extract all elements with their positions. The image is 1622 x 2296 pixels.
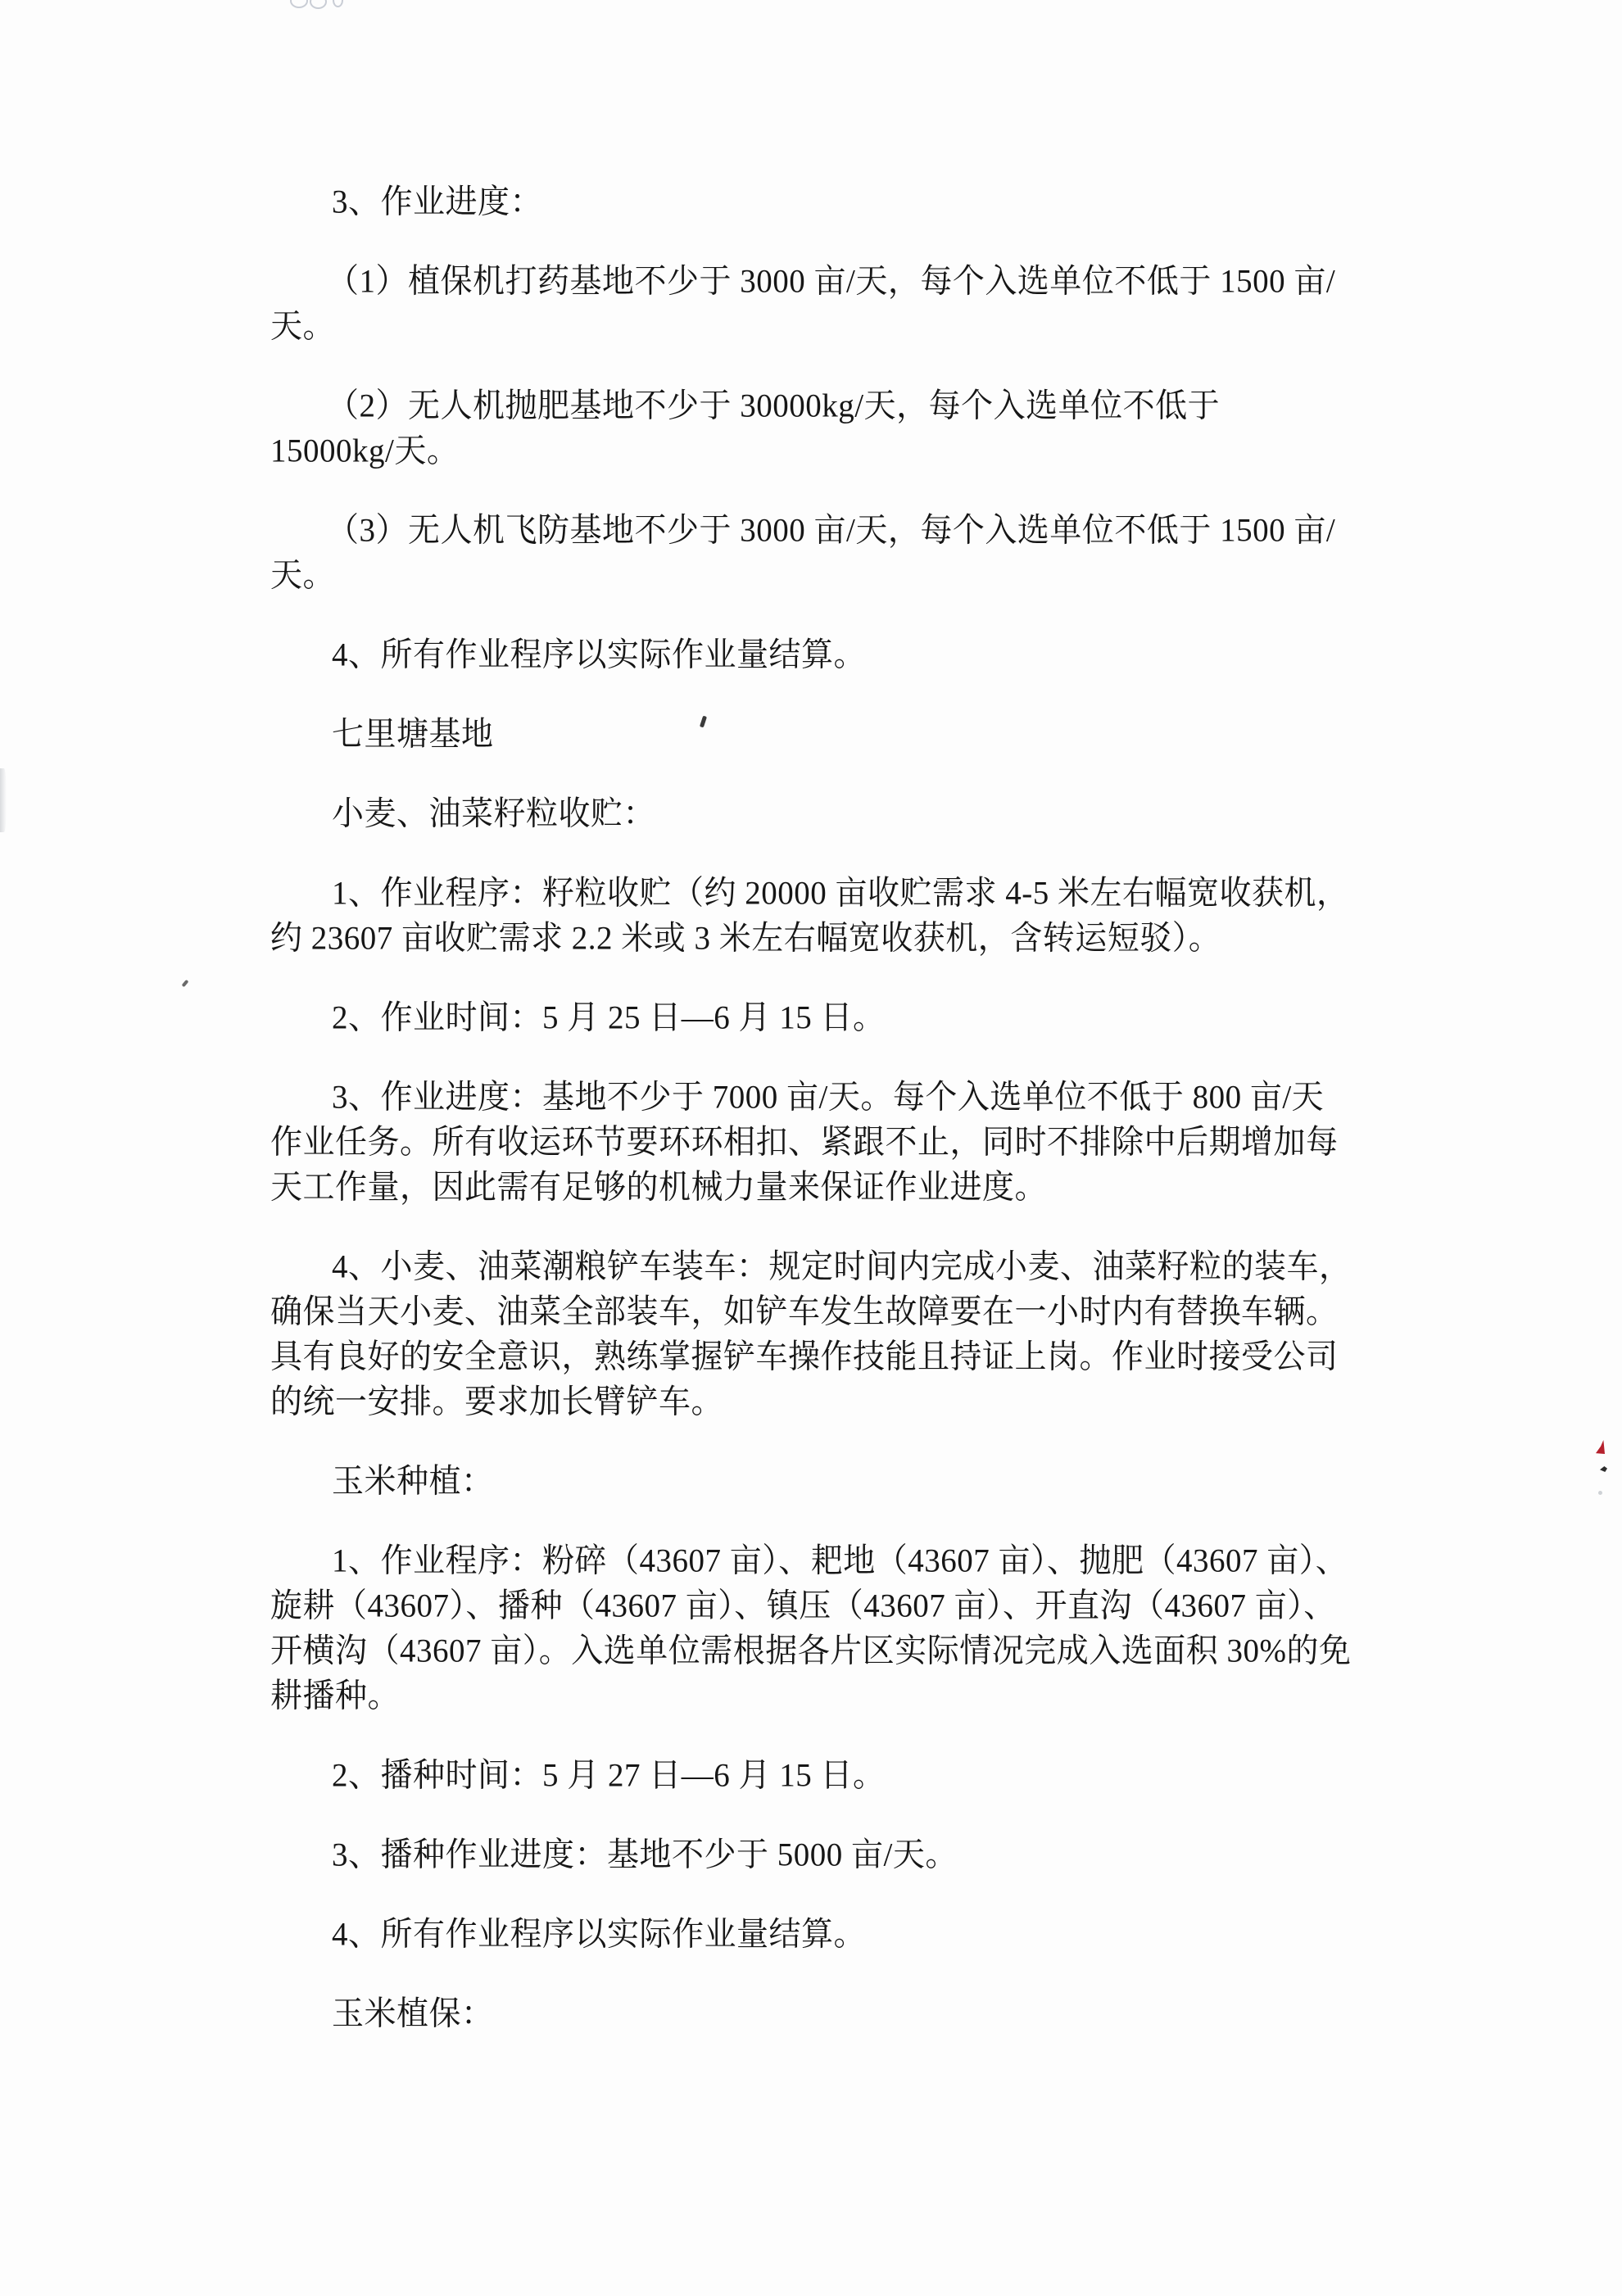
document-page: 3、作业进度：（1）植保机打药基地不少于 3000 亩/天，每个入选单位不低于 … (0, 0, 1622, 2296)
text-line: 4、所有作业程序以实际作业量结算。 (332, 636, 866, 675)
text-line: 天工作量，因此需有足够的机械力量来保证作业进度。 (270, 1169, 1047, 1207)
text-line: 3、作业进度： (332, 183, 542, 222)
text-line: （1）植保机打药基地不少于 3000 亩/天，每个入选单位不低于 1500 亩/ (327, 263, 1335, 301)
text-line: 确保当天小麦、油菜全部装车，如铲车发生故障要在一小时内有替换车辆。 (270, 1293, 1339, 1332)
text-line: 天。 (270, 308, 335, 346)
text-line: 旋耕（43607）、播种（43607 亩）、镇压（43607 亩）、开直沟（43… (270, 1587, 1336, 1626)
text-line: 具有良好的安全意识，熟练掌握铲车操作技能且持证上岗。作业时接受公司 (270, 1338, 1339, 1377)
text-line: 3、作业进度：基地不少于 7000 亩/天。每个入选单位不低于 800 亩/天 (332, 1079, 1324, 1117)
text-line: 4、所有作业程序以实际作业量结算。 (332, 1916, 866, 1954)
text-line: 约 23607 亩收贮需求 2.2 米或 3 米左右幅宽收获机，含转运短驳）。 (270, 920, 1221, 958)
text-line: 七里塘基地 (332, 716, 494, 754)
text-line: 1、作业程序：粉碎（43607 亩）、耙地（43607 亩）、抛肥（43607 … (332, 1542, 1348, 1581)
text-line: 小麦、油菜籽粒收贮： (332, 795, 655, 834)
text-line: （2）无人机抛肥基地不少于 30000kg/天，每个入选单位不低于 (327, 387, 1220, 426)
text-line: 耕播种。 (270, 1678, 400, 1716)
text-line: 作业任务。所有收运环节要环环相扣、紧跟不止，同时不排除中后期增加每 (270, 1124, 1339, 1162)
text-line: 4、小麦、油菜潮粮铲车装车：规定时间内完成小麦、油菜籽粒的装车， (332, 1248, 1352, 1287)
text-line: 3、播种作业进度：基地不少于 5000 亩/天。 (332, 1836, 958, 1875)
text-line: （3）无人机飞防基地不少于 3000 亩/天，每个入选单位不低于 1500 亩/ (327, 512, 1335, 550)
text-line: 2、作业时间：5 月 25 日—6 月 15 日。 (332, 999, 886, 1038)
text-line: 开横沟（43607 亩）。入选单位需根据各片区实际情况完成入选面积 30%的免 (270, 1633, 1352, 1671)
text-line: 1、作业程序：籽粒收贮（约 20000 亩收贮需求 4-5 米左右幅宽收获机， (332, 875, 1349, 913)
text-line: 玉米植保： (332, 1995, 494, 2034)
left-edge-smudge (0, 768, 7, 832)
faint-dot-speck (1598, 1491, 1602, 1495)
text-line: 的统一安排。要求加长臂铲车。 (270, 1383, 723, 1422)
text-line: 15000kg/天。 (270, 432, 459, 471)
text-line: 玉米种植： (332, 1463, 494, 1501)
text-line: 2、播种时间：5 月 27 日—6 月 15 日。 (332, 1757, 886, 1796)
text-line: 天。 (270, 557, 335, 596)
document-text-layer: 3、作业进度：（1）植保机打药基地不少于 3000 亩/天，每个入选单位不低于 … (0, 0, 1622, 2296)
